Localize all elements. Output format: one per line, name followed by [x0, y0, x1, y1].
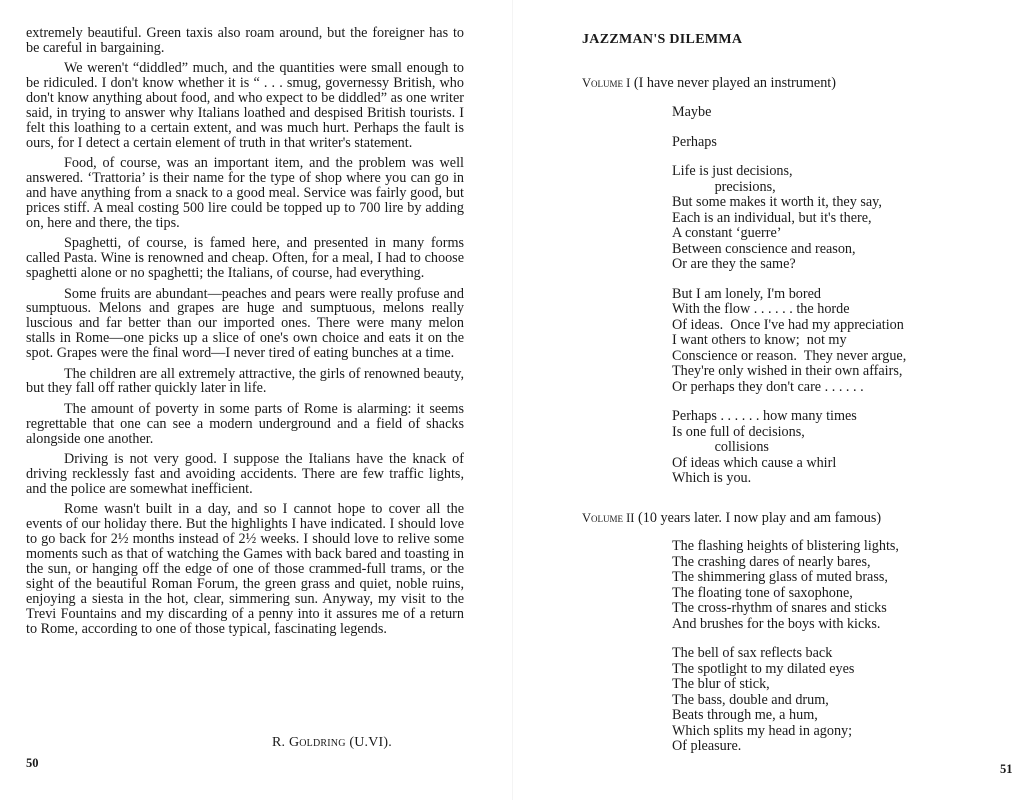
left-page: extremely beautiful. Green taxis also ro…: [0, 0, 512, 800]
volume-subtitle: (10 years later. I now play and am famou…: [638, 510, 881, 526]
stanza-break: [672, 273, 906, 287]
poem-line: Beats through me, a hum,: [672, 708, 899, 724]
paragraph: Rome wasn't built in a day, and so I can…: [26, 502, 464, 636]
poem-line: But some makes it worth it, they say,: [672, 195, 906, 211]
poem-line: Of pleasure.: [672, 739, 899, 755]
poem-line: collisions: [672, 440, 906, 456]
poem-line: The flashing heights of blistering light…: [672, 539, 899, 555]
poem-line: They're only wished in their own affairs…: [672, 364, 906, 380]
poem-line: But I am lonely, I'm bored: [672, 287, 906, 303]
poem-line: Is one full of decisions,: [672, 425, 906, 441]
stanza-break: [672, 150, 906, 164]
stanza-break: [672, 395, 906, 409]
poem-line: Between conscience and reason,: [672, 242, 906, 258]
page-number: 50: [26, 756, 39, 771]
volume-subtitle: (I have never played an instrument): [634, 75, 836, 91]
poem-line: With the flow . . . . . . the horde: [672, 302, 906, 318]
stanza-break: [672, 121, 906, 135]
poem-line: Of ideas. Once I've had my appreciation: [672, 318, 906, 334]
poem-line: And brushes for the boys with kicks.: [672, 617, 899, 633]
poem-line: The crashing dares of nearly bares,: [672, 555, 899, 571]
poem-line: The bass, double and drum,: [672, 693, 899, 709]
poem-line: Which is you.: [672, 471, 906, 487]
paragraph: Food, of course, was an important item, …: [26, 156, 464, 231]
poem-title: JAZZMAN'S DILEMMA: [582, 32, 742, 48]
poem-line: The spotlight to my dilated eyes: [672, 662, 899, 678]
poem-line: Of ideas which cause a whirl: [672, 456, 906, 472]
paragraph: Driving is not very good. I suppose the …: [26, 452, 464, 497]
poem-line: Which splits my head in agony;: [672, 724, 899, 740]
poem-line: Or perhaps they don't care . . . . . .: [672, 380, 906, 396]
poem-line: Life is just decisions,: [672, 164, 906, 180]
poem-line: Or are they the same?: [672, 257, 906, 273]
poem-line: precisions,: [672, 180, 906, 196]
poem-line: A constant ‘guerre’: [672, 226, 906, 242]
poem-line: Maybe: [672, 105, 906, 121]
poem-line: The cross-rhythm of snares and sticks: [672, 601, 899, 617]
poem-line: Perhaps . . . . . . how many times: [672, 409, 906, 425]
volume-label: Volume I: [582, 76, 630, 90]
poem-line: The floating tone of saxophone,: [672, 586, 899, 602]
poem-line: The shimmering glass of muted brass,: [672, 570, 899, 586]
paragraph: extremely beautiful. Green taxis also ro…: [26, 26, 464, 56]
essay-body: extremely beautiful. Green taxis also ro…: [26, 26, 464, 642]
right-page: JAZZMAN'S DILEMMA Volume I (I have never…: [512, 0, 1026, 800]
stanza-break: [672, 632, 899, 646]
poem-line: Conscience or reason. They never argue,: [672, 349, 906, 365]
volume-1-heading: Volume I (I have never played an instrum…: [582, 75, 836, 92]
paragraph: The children are all extremely attractiv…: [26, 367, 464, 397]
paragraph: Spaghetti, of course, is famed here, and…: [26, 236, 464, 281]
paragraph: The amount of poverty in some parts of R…: [26, 402, 464, 447]
page-number: 51: [1000, 762, 1013, 777]
paragraph: We weren't “diddled” much, and the quant…: [26, 61, 464, 150]
poem-line: Perhaps: [672, 135, 906, 151]
author-signature: R. Goldring (U.VI).: [272, 735, 392, 751]
paragraph: Some fruits are abundant—peaches and pea…: [26, 287, 464, 362]
volume-1-stanzas: MaybePerhapsLife is just decisions, prec…: [672, 105, 906, 487]
poem-line: The bell of sax reflects back: [672, 646, 899, 662]
poem-line: The blur of stick,: [672, 677, 899, 693]
volume-2-heading: Volume II (10 years later. I now play an…: [582, 510, 881, 527]
volume-label: Volume II: [582, 511, 634, 525]
poem-line: I want others to know; not my: [672, 333, 906, 349]
poem-line: Each is an individual, but it's there,: [672, 211, 906, 227]
volume-2-stanzas: The flashing heights of blistering light…: [672, 539, 899, 755]
